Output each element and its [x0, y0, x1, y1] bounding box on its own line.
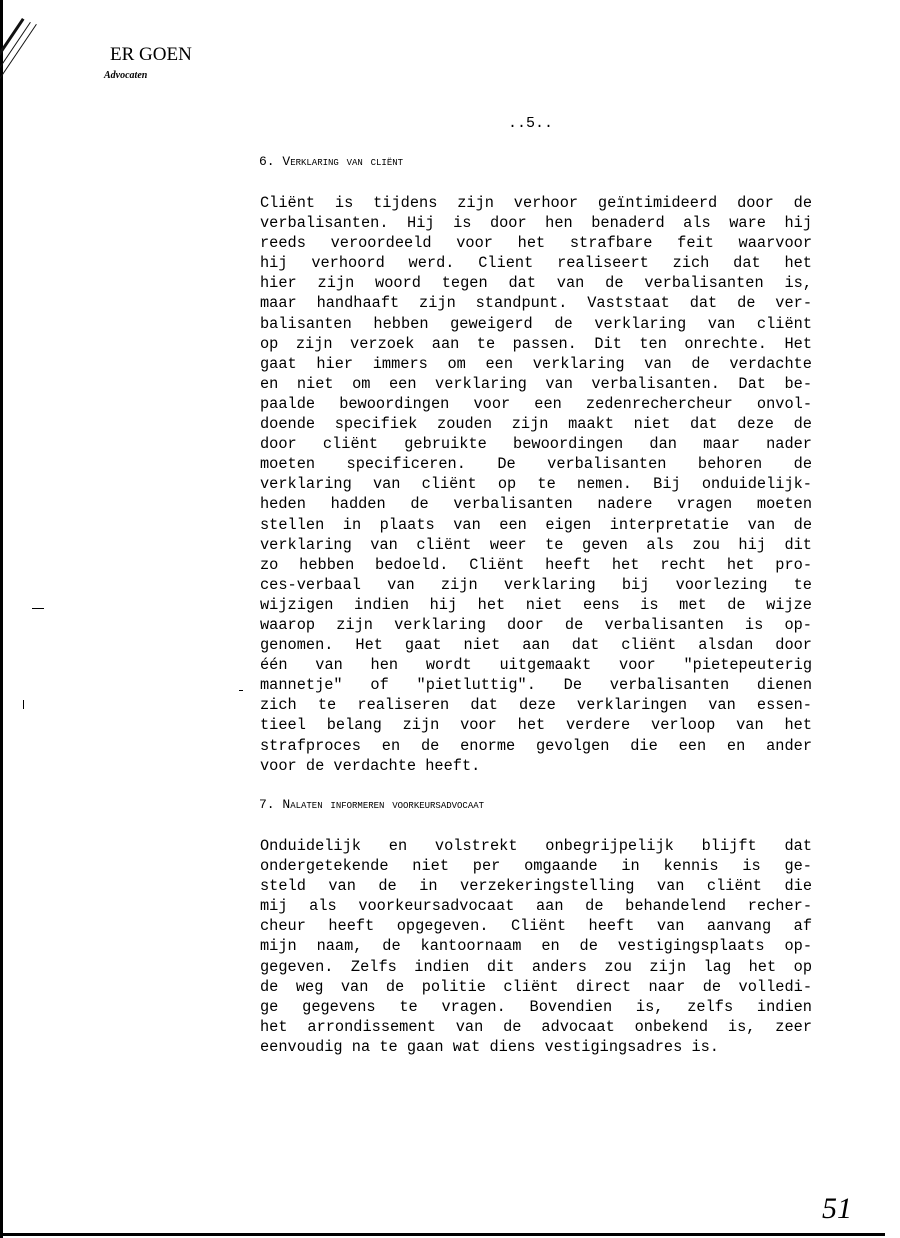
text-line: ge gegevens te vragen. Bovendien is, zel…: [260, 997, 812, 1017]
text-line: waarop zijn verklaring door de verbalisa…: [260, 615, 812, 635]
margin-mark: [239, 690, 243, 691]
text-line: ces-verbaal van zijn verklaring bij voor…: [260, 575, 812, 595]
text-line: tieel belang zijn voor het verdere verlo…: [260, 715, 812, 735]
page-number: ..5..: [508, 115, 553, 132]
text-line: doende specifiek zouden zijn maakt niet …: [260, 414, 812, 434]
text-line: paalde bewoordingen voor een zedenrecher…: [260, 394, 812, 414]
text-line: voor de verdachte heeft.: [260, 756, 812, 776]
text-line: gaat hier immers om een verklaring van d…: [260, 354, 812, 374]
text-line: hier zijn woord tegen dat van de verbali…: [260, 273, 812, 293]
text-line: mannetje" of "pietluttig". De verbalisan…: [260, 675, 812, 695]
section-body-7: Onduidelijk en volstrekt onbegrijpelijk …: [260, 836, 812, 1057]
text-line: Onduidelijk en volstrekt onbegrijpelijk …: [260, 836, 812, 856]
text-line: verbalisanten. Hij is door hen benaderd …: [260, 213, 812, 233]
firm-subtitle: Advocaten: [104, 70, 147, 81]
text-line: moeten specificeren. De verbalisanten be…: [260, 454, 812, 474]
text-line: verklaring van cliënt op te nemen. Bij o…: [260, 474, 812, 494]
text-line: zo hebben bedoeld. Cliënt heeft het rech…: [260, 555, 812, 575]
text-line: één van hen wordt uitgemaakt voor "piete…: [260, 655, 812, 675]
text-line: genomen. Het gaat niet aan dat cliënt al…: [260, 635, 812, 655]
scan-left-edge: [0, 0, 3, 1238]
text-line: stellen in plaats van een eigen interpre…: [260, 515, 812, 535]
text-line: eenvoudig na te gaan wat diens vestiging…: [260, 1037, 812, 1057]
text-line: zich te realiseren dat deze verklaringen…: [260, 695, 812, 715]
section-heading-6: 6. Verklaring van cliënt: [259, 154, 403, 169]
text-line: verklaring van cliënt weer te geven als …: [260, 535, 812, 555]
bottom-rule: [0, 1233, 885, 1236]
text-line: door cliënt gebruikte bewoordingen dan m…: [260, 434, 812, 454]
firm-name: ER GOEN: [110, 44, 192, 66]
text-line: hij verhoord werd. Client realiseert zic…: [260, 253, 812, 273]
text-line: strafproces en de enorme gevolgen die ee…: [260, 736, 812, 756]
text-line: de weg van de politie cliënt direct naar…: [260, 977, 812, 997]
section-heading-7: 7. Nalaten informeren voorkeursadvocaat: [259, 797, 484, 812]
text-line: mijn naam, de kantoornaam en de vestigin…: [260, 936, 812, 956]
text-line: balisanten hebben geweigerd de verklarin…: [260, 314, 812, 334]
text-line: ondergetekende niet per omgaande in kenn…: [260, 856, 812, 876]
text-line: reeds veroordeeld voor het strafbare fei…: [260, 233, 812, 253]
section-body-6: Cliënt is tijdens zijn verhoor geïntimid…: [260, 193, 812, 776]
margin-mark: [23, 700, 24, 709]
logo-slash-icon: [0, 18, 24, 169]
text-line: wijzigen indien hij het niet eens is met…: [260, 595, 812, 615]
text-line: steld van de in verzekeringstelling van …: [260, 876, 812, 896]
text-line: en niet om een verklaring van verbalisan…: [260, 374, 812, 394]
text-line: cheur heeft opgegeven. Cliënt heeft van …: [260, 916, 812, 936]
margin-mark: [32, 608, 44, 609]
text-line: op zijn verzoek aan te passen. Dit ten o…: [260, 334, 812, 354]
text-line: gegeven. Zelfs indien dit anders zou zij…: [260, 957, 812, 977]
text-line: Cliënt is tijdens zijn verhoor geïntimid…: [260, 193, 812, 213]
text-line: maar handhaaft zijn standpunt. Vaststaat…: [260, 293, 812, 313]
text-line: heden hadden de verbalisanten nadere vra…: [260, 494, 812, 514]
handwritten-page-number: 51: [822, 1192, 852, 1226]
text-line: mij als voorkeursadvocaat aan de behande…: [260, 896, 812, 916]
text-line: het arrondissement van de advocaat onbek…: [260, 1017, 812, 1037]
